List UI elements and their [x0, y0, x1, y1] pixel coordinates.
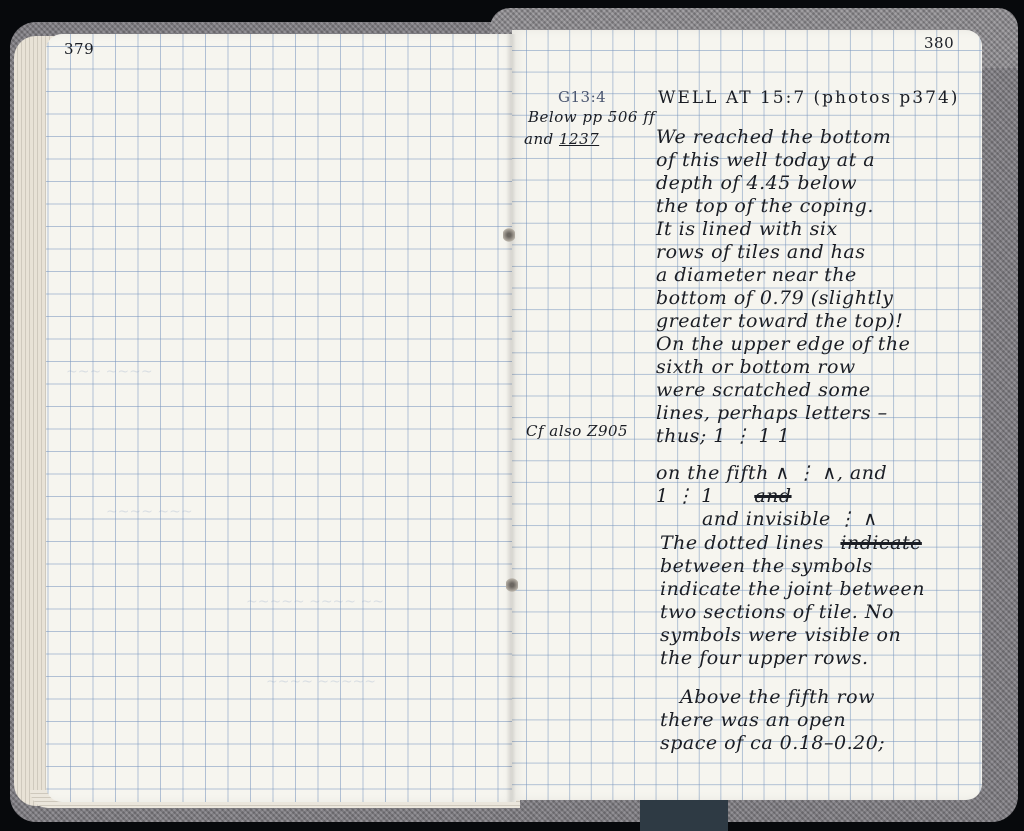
body-line: the top of the coping.	[656, 195, 910, 218]
body-line: The dotted lines indicate	[660, 532, 925, 555]
bookmark-ribbon	[640, 796, 728, 831]
bleed-through-mark: ~~~~ ~~~~~	[266, 674, 376, 690]
page-gutter	[506, 34, 516, 802]
entry-body-block-3: Above the fifth row there was an open sp…	[660, 686, 885, 755]
right-page: 380 G13:4 WELL AT 15:7 (photos p374) Bel…	[512, 30, 982, 800]
body-line-symbols-thus: thus; 1 ⋮ 1 1	[656, 425, 910, 448]
right-page-number: 380	[924, 34, 954, 52]
entry-body-block-1: We reached the bottom of this well today…	[656, 126, 910, 448]
entry-heading: WELL AT 15:7 (photos p374)	[658, 88, 959, 108]
struck-word: and	[754, 485, 791, 507]
body-line: It is lined with six	[656, 218, 910, 241]
bleed-through-mark: ~~~~~ ~~~~ ~~	[246, 594, 384, 610]
locus-label: G13:4	[558, 88, 606, 106]
body-line: space of ca 0.18–0.20;	[660, 732, 885, 755]
body-line: On the upper edge of the	[656, 333, 910, 356]
body-line: depth of 4.45 below	[656, 172, 910, 195]
body-line: symbols were visible on	[660, 624, 925, 647]
body-line: We reached the bottom	[656, 126, 910, 149]
body-line: were scratched some	[656, 379, 910, 402]
struck-word: indicate	[840, 532, 921, 554]
symbols-line-fifth-row: on the fifth ∧ ⋮ ∧, and	[656, 462, 887, 485]
margin-note-cf-also: Cf also Z905	[526, 422, 628, 440]
margin-note-below-pp: Below pp 506 ff	[528, 108, 655, 126]
left-page: 379 ~~~ ~~~~ ~~~~ ~~~ ~~~~~ ~~~~ ~~ ~~~~…	[46, 34, 516, 802]
body-line: the four upper rows.	[660, 647, 925, 670]
body-line: a diameter near the	[656, 264, 910, 287]
binding-staple	[503, 228, 515, 242]
bleed-through-mark: ~~~ ~~~~	[66, 364, 153, 380]
binding-staple	[506, 578, 518, 592]
body-line: rows of tiles and has	[656, 241, 910, 264]
symbols-line-invisible: and invisible ⋮ ∧	[702, 508, 887, 531]
left-page-number: 379	[64, 40, 94, 58]
bleed-through-mark: ~~~~ ~~~	[106, 504, 193, 520]
body-line: sixth or bottom row	[656, 356, 910, 379]
entry-body-block-2: The dotted lines indicate between the sy…	[660, 532, 925, 670]
symbols-line-text: 1 ⋮ 1	[656, 485, 714, 507]
body-line: indicate the joint between	[660, 578, 925, 601]
margin-note-ref-1237: 1237	[559, 130, 599, 148]
body-line: bottom of 0.79 (slightly	[656, 287, 910, 310]
margin-note-and-prefix: and	[524, 130, 559, 148]
body-line: Above the fifth row	[680, 686, 885, 709]
body-line: lines, perhaps letters –	[656, 402, 910, 425]
symbols-line: 1 ⋮ 1 and	[656, 485, 887, 508]
body-line: of this well today at a	[656, 149, 910, 172]
body-line: between the symbols	[660, 555, 925, 578]
margin-note-and: and 1237	[524, 130, 599, 148]
body-line: there was an open	[660, 709, 885, 732]
body-line-text: The dotted lines	[660, 532, 824, 554]
body-line: two sections of tile. No	[660, 601, 925, 624]
body-line: greater toward the top)!	[656, 310, 910, 333]
symbols-block: on the fifth ∧ ⋮ ∧, and 1 ⋮ 1 and and in…	[656, 462, 887, 531]
